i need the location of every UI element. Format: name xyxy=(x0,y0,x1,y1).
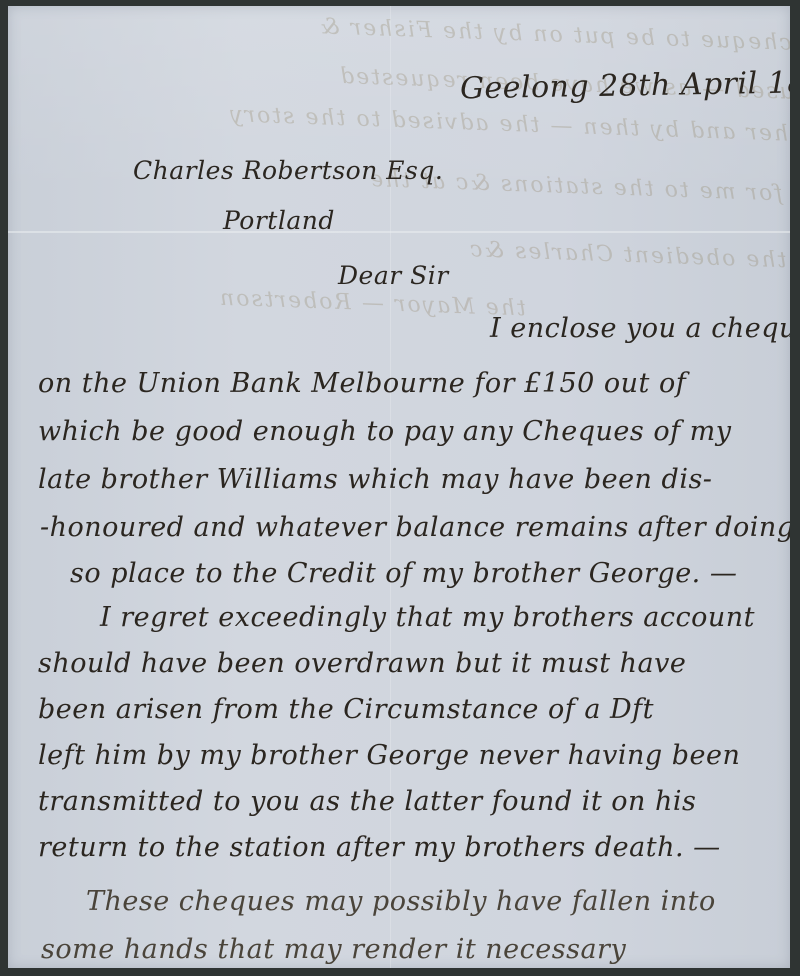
horizontal-fold-line xyxy=(8,231,790,233)
body-line: -honoured and whatever balance remains a… xyxy=(40,512,790,543)
body-line: so place to the Credit of my brother Geo… xyxy=(70,558,737,589)
letter-sheet: of the cheque to be put on by the Fisher… xyxy=(8,6,790,968)
body-line: been arisen from the Circumstance of a D… xyxy=(38,694,654,725)
bleed-through-text: Believe me to the obedient Charles &c xyxy=(468,237,790,280)
body-line: which be good enough to pay any Cheques … xyxy=(38,416,732,447)
body-line: return to the station after my brothers … xyxy=(38,832,721,863)
body-line: left him by my brother George never havi… xyxy=(38,740,740,771)
addressee-place: Portland xyxy=(223,206,335,235)
body-line: transmitted to you as the latter found i… xyxy=(38,786,696,817)
dateline: Geelong 28th April 1849 xyxy=(460,65,790,107)
body-line: some hands that may render it necessary xyxy=(41,934,626,965)
salutation: Dear Sir xyxy=(338,261,449,290)
addressee-name: Charles Robertson Esq. xyxy=(133,156,443,185)
scan-frame: of the cheque to be put on by the Fisher… xyxy=(0,0,800,976)
bleed-through-text: be taken her and by then — the advised t… xyxy=(228,102,790,151)
body-line: I regret exceedingly that my brothers ac… xyxy=(100,602,755,633)
body-line: late brother Williams which may have bee… xyxy=(38,464,712,495)
bleed-through-text: of the cheque to be put on by the Fisher… xyxy=(318,14,790,59)
body-line: These cheques may possibly have fallen i… xyxy=(86,886,716,917)
body-line: I enclose you a cheque xyxy=(490,313,790,344)
body-line: on the Union Bank Melbourne for £150 out… xyxy=(38,368,686,399)
bleed-through-text: the Mayor — Robertson xyxy=(218,286,527,322)
body-line: should have been overdrawn but it must h… xyxy=(38,648,686,679)
